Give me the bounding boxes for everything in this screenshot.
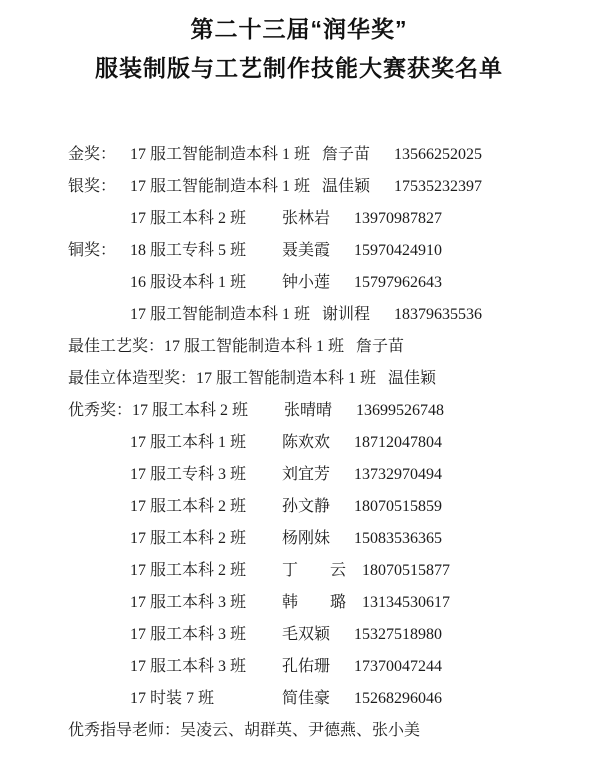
- class-name: 17 服工本科 3 班: [130, 619, 270, 651]
- award-row-excellence-10: 17 时装 7 班 简佳豪 15268296046: [68, 683, 598, 715]
- award-row-excellence-7: 17 服工本科 3 班 韩 璐 13134530617: [68, 587, 598, 619]
- phone-number: 17535232397: [394, 171, 482, 203]
- award-row-excellence-2: 17 服工本科 1 班 陈欢欢 18712047804: [68, 427, 598, 459]
- award-row-bronze: 铜奖： 18 服工专科 5 班 聂美霞 15970424910: [68, 235, 598, 267]
- phone-number: 15797962643: [354, 267, 442, 299]
- advisors-label: 优秀指导老师：: [68, 715, 180, 747]
- winner-name: 孙文静: [282, 491, 338, 523]
- winner-name: 毛双颖: [282, 619, 338, 651]
- phone-number: 18070515877: [362, 555, 450, 587]
- class-name: 16 服设本科 1 班: [130, 267, 270, 299]
- phone-number: 13732970494: [354, 459, 442, 491]
- class-name: 17 服工本科 2 班: [132, 395, 272, 427]
- winner-name: 丁 云: [282, 555, 346, 587]
- class-name: 18 服工专科 5 班: [130, 235, 270, 267]
- winner-name: 温佳颖: [388, 363, 444, 395]
- class-name: 17 服工专科 3 班: [130, 459, 270, 491]
- class-name: 17 服工本科 1 班: [130, 427, 270, 459]
- phone-number: 15268296046: [354, 683, 442, 715]
- winner-name: 张晴晴: [284, 395, 340, 427]
- award-label: 铜奖：: [68, 235, 130, 267]
- winner-name: 张林岩: [282, 203, 338, 235]
- winner-name: 詹子苗: [322, 139, 378, 171]
- document-header: 第二十三届“润华奖” 服装制版与工艺制作技能大赛获奖名单: [0, 0, 598, 83]
- award-list: 金奖： 17 服工智能制造本科 1 班 詹子苗 13566252025 银奖： …: [0, 139, 598, 747]
- phone-number: 18712047804: [354, 427, 442, 459]
- winner-name: 谢训程: [322, 299, 378, 331]
- award-row-bronze-2: 16 服设本科 1 班 钟小莲 15797962643: [68, 267, 598, 299]
- class-name: 17 服工智能制造本科 1 班: [130, 299, 310, 331]
- winner-name: 钟小莲: [282, 267, 338, 299]
- phone-number: 18070515859: [354, 491, 442, 523]
- phone-number: 13134530617: [362, 587, 450, 619]
- award-row-excellence-9: 17 服工本科 3 班 孔佑珊 17370047244: [68, 651, 598, 683]
- class-name: 17 服工智能制造本科 1 班: [130, 139, 310, 171]
- award-label: 银奖：: [68, 171, 130, 203]
- award-row-best-craft: 最佳工艺奖： 17 服工智能制造本科 1 班 詹子苗: [68, 331, 598, 363]
- winner-name: 詹子苗: [356, 331, 412, 363]
- advisors-names: 吴凌云、胡群英、尹德燕、张小美: [180, 715, 420, 747]
- award-label: 优秀奖：: [68, 395, 132, 427]
- phone-number: 15083536365: [354, 523, 442, 555]
- phone-number: 13699526748: [356, 395, 444, 427]
- award-row-excellence-3: 17 服工专科 3 班 刘宜芳 13732970494: [68, 459, 598, 491]
- winner-name: 聂美霞: [282, 235, 338, 267]
- class-name: 17 服工本科 2 班: [130, 491, 270, 523]
- document-title-line1: 第二十三届“润华奖”: [0, 14, 598, 44]
- winner-name: 孔佑珊: [282, 651, 338, 683]
- class-name: 17 时装 7 班: [130, 683, 270, 715]
- winner-name: 陈欢欢: [282, 427, 338, 459]
- award-row-excellence-4: 17 服工本科 2 班 孙文静 18070515859: [68, 491, 598, 523]
- award-row-best-3d-modeling: 最佳立体造型奖： 17 服工智能制造本科 1 班 温佳颖: [68, 363, 598, 395]
- advisors-row: 优秀指导老师： 吴凌云、胡群英、尹德燕、张小美: [68, 715, 598, 747]
- award-row-silver: 银奖： 17 服工智能制造本科 1 班 温佳颖 17535232397: [68, 171, 598, 203]
- class-name: 17 服工本科 3 班: [130, 587, 270, 619]
- award-row-gold: 金奖： 17 服工智能制造本科 1 班 詹子苗 13566252025: [68, 139, 598, 171]
- award-row-excellence: 优秀奖： 17 服工本科 2 班 张晴晴 13699526748: [68, 395, 598, 427]
- class-name: 17 服工本科 2 班: [130, 555, 270, 587]
- winner-name: 简佳豪: [282, 683, 338, 715]
- award-document-page: 第二十三届“润华奖” 服装制版与工艺制作技能大赛获奖名单 金奖： 17 服工智能…: [0, 0, 598, 771]
- phone-number: 17370047244: [354, 651, 442, 683]
- award-label: 最佳立体造型奖：: [68, 363, 196, 395]
- phone-number: 18379635536: [394, 299, 482, 331]
- award-row-excellence-8: 17 服工本科 3 班 毛双颖 15327518980: [68, 619, 598, 651]
- winner-name: 杨刚妹: [282, 523, 338, 555]
- class-name: 17 服工智能制造本科 1 班: [164, 331, 344, 363]
- award-row-excellence-6: 17 服工本科 2 班 丁 云 18070515877: [68, 555, 598, 587]
- class-name: 17 服工本科 2 班: [130, 523, 270, 555]
- award-row-silver-2: 17 服工本科 2 班 张林岩 13970987827: [68, 203, 598, 235]
- document-title-line2: 服装制版与工艺制作技能大赛获奖名单: [0, 53, 598, 83]
- award-row-excellence-5: 17 服工本科 2 班 杨刚妹 15083536365: [68, 523, 598, 555]
- phone-number: 13566252025: [394, 139, 482, 171]
- phone-number: 15327518980: [354, 619, 442, 651]
- award-row-bronze-3: 17 服工智能制造本科 1 班 谢训程 18379635536: [68, 299, 598, 331]
- class-name: 17 服工本科 2 班: [130, 203, 270, 235]
- winner-name: 韩 璐: [282, 587, 346, 619]
- winner-name: 刘宜芳: [282, 459, 338, 491]
- phone-number: 15970424910: [354, 235, 442, 267]
- winner-name: 温佳颖: [322, 171, 378, 203]
- award-label: 金奖：: [68, 139, 130, 171]
- class-name: 17 服工智能制造本科 1 班: [196, 363, 376, 395]
- class-name: 17 服工本科 3 班: [130, 651, 270, 683]
- class-name: 17 服工智能制造本科 1 班: [130, 171, 310, 203]
- phone-number: 13970987827: [354, 203, 442, 235]
- award-label: 最佳工艺奖：: [68, 331, 164, 363]
